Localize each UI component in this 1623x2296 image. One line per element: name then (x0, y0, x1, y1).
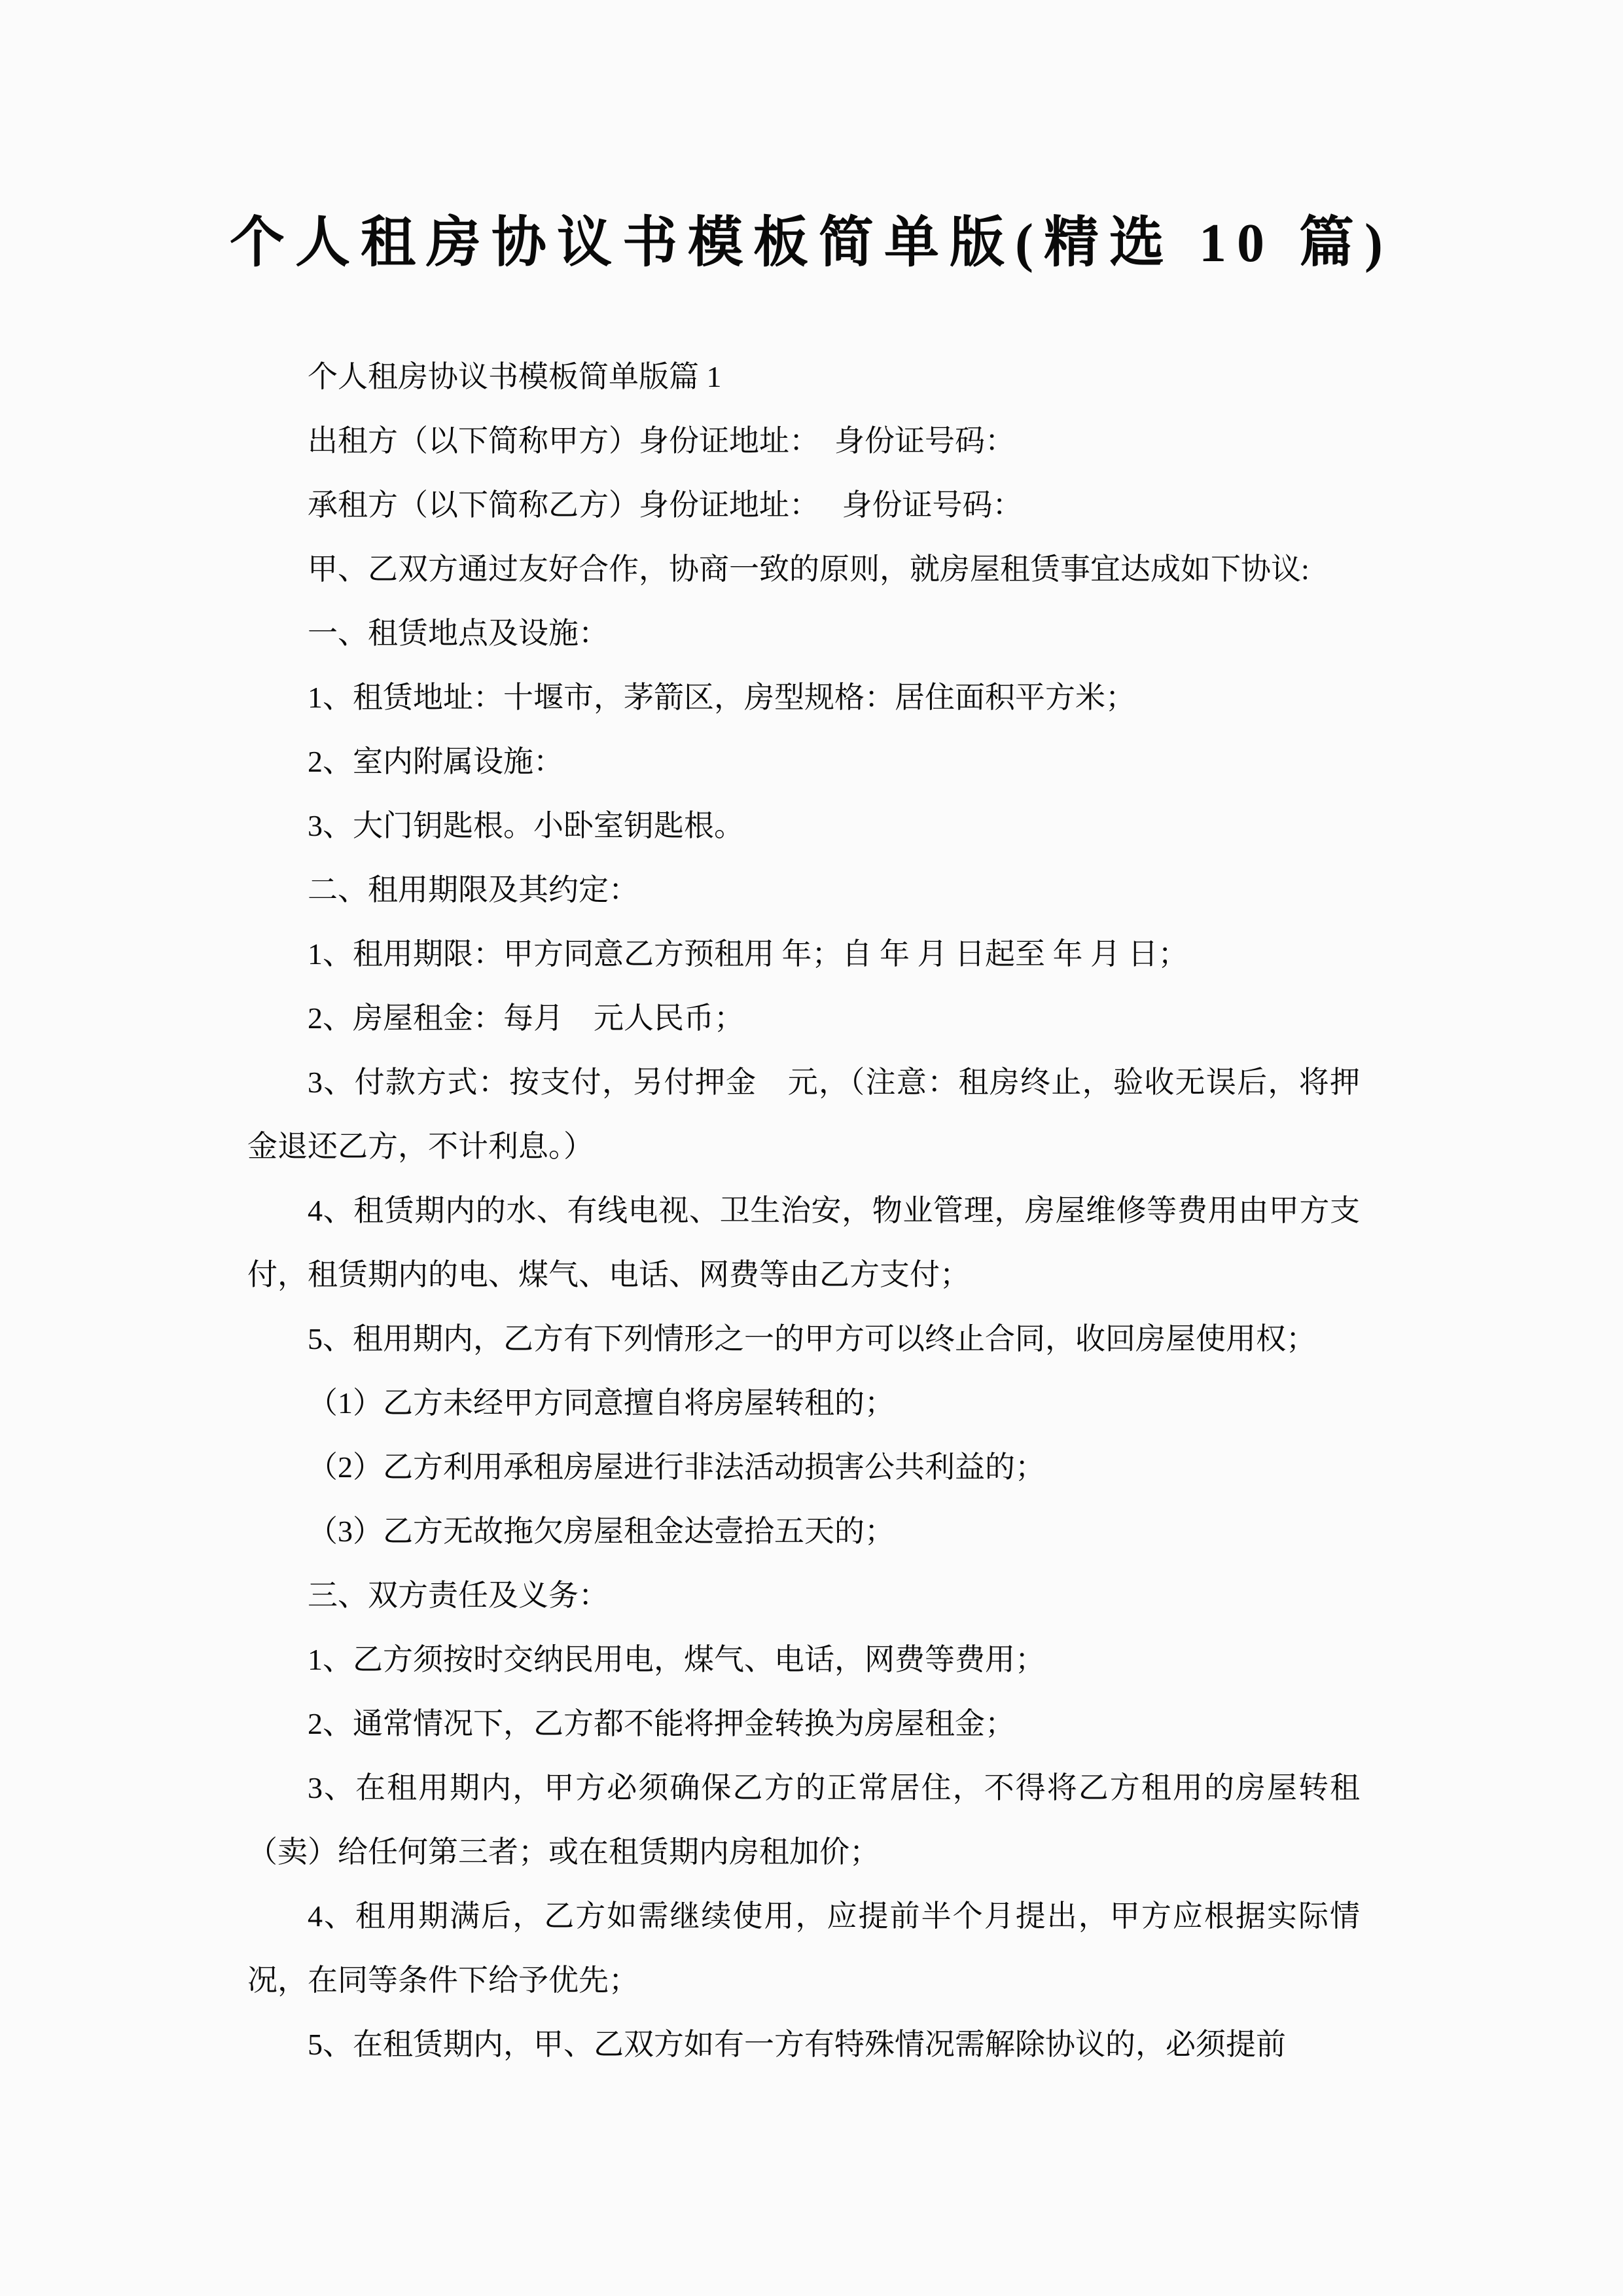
paragraph: 2、房屋租金：每月 元人民币； (247, 986, 1360, 1050)
document-title: 个人租房协议书模板简单版(精选 10 篇) (0, 207, 1623, 280)
paragraph: 5、在租赁期内，甲、乙双方如有一方有特殊情况需解除协议的，必须提前 (247, 2013, 1360, 2077)
paragraph: 出租方（以下简称甲方）身份证地址： 身份证号码： (247, 409, 1360, 473)
document-page: 个人租房协议书模板简单版(精选 10 篇) 个人租房协议书模板简单版篇 1出租方… (0, 0, 1623, 2296)
document-body: 个人租房协议书模板简单版篇 1出租方（以下简称甲方）身份证地址： 身份证号码：承… (247, 345, 1360, 2077)
paragraph: （1）乙方未经甲方同意擅自将房屋转租的； (247, 1371, 1360, 1435)
paragraph: 1、租用期限：甲方同意乙方预租用 年；自 年 月 日起至 年 月 日； (247, 922, 1360, 986)
paragraph: 2、通常情况下，乙方都不能将押金转换为房屋租金； (247, 1692, 1360, 1756)
paragraph: 一、租赁地点及设施： (247, 601, 1360, 666)
paragraph: （2）乙方利用承租房屋进行非法活动损害公共利益的； (247, 1435, 1360, 1499)
paragraph: 2、室内附属设施： (247, 730, 1360, 794)
paragraph: 个人租房协议书模板简单版篇 1 (247, 345, 1360, 409)
paragraph: 1、租赁地址：十堰市，茅箭区，房型规格：居住面积平方米； (247, 666, 1360, 730)
paragraph: 4、租用期满后，乙方如需继续使用，应提前半个月提出，甲方应根据实际情况，在同等条… (247, 1884, 1360, 2013)
paragraph: （3）乙方无故拖欠房屋租金达壹拾五天的； (247, 1499, 1360, 1564)
paragraph: 3、在租用期内，甲方必须确保乙方的正常居住，不得将乙方租用的房屋转租（卖）给任何… (247, 1756, 1360, 1884)
paragraph: 三、双方责任及义务： (247, 1564, 1360, 1628)
paragraph: 3、付款方式：按支付，另付押金 元，（注意：租房终止，验收无误后，将押金退还乙方… (247, 1050, 1360, 1179)
paragraph: 承租方（以下简称乙方）身份证地址： 身份证号码： (247, 473, 1360, 537)
paragraph: 1、乙方须按时交纳民用电，煤气、电话，网费等费用； (247, 1628, 1360, 1692)
paragraph: 5、租用期内，乙方有下列情形之一的甲方可以终止合同，收回房屋使用权； (247, 1307, 1360, 1371)
paragraph: 甲、乙双方通过友好合作，协商一致的原则，就房屋租赁事宜达成如下协议: (247, 537, 1360, 601)
paragraph: 4、租赁期内的水、有线电视、卫生治安，物业管理，房屋维修等费用由甲方支付，租赁期… (247, 1179, 1360, 1307)
paragraph: 3、大门钥匙根。小卧室钥匙根。 (247, 794, 1360, 858)
paragraph: 二、租用期限及其约定： (247, 858, 1360, 922)
